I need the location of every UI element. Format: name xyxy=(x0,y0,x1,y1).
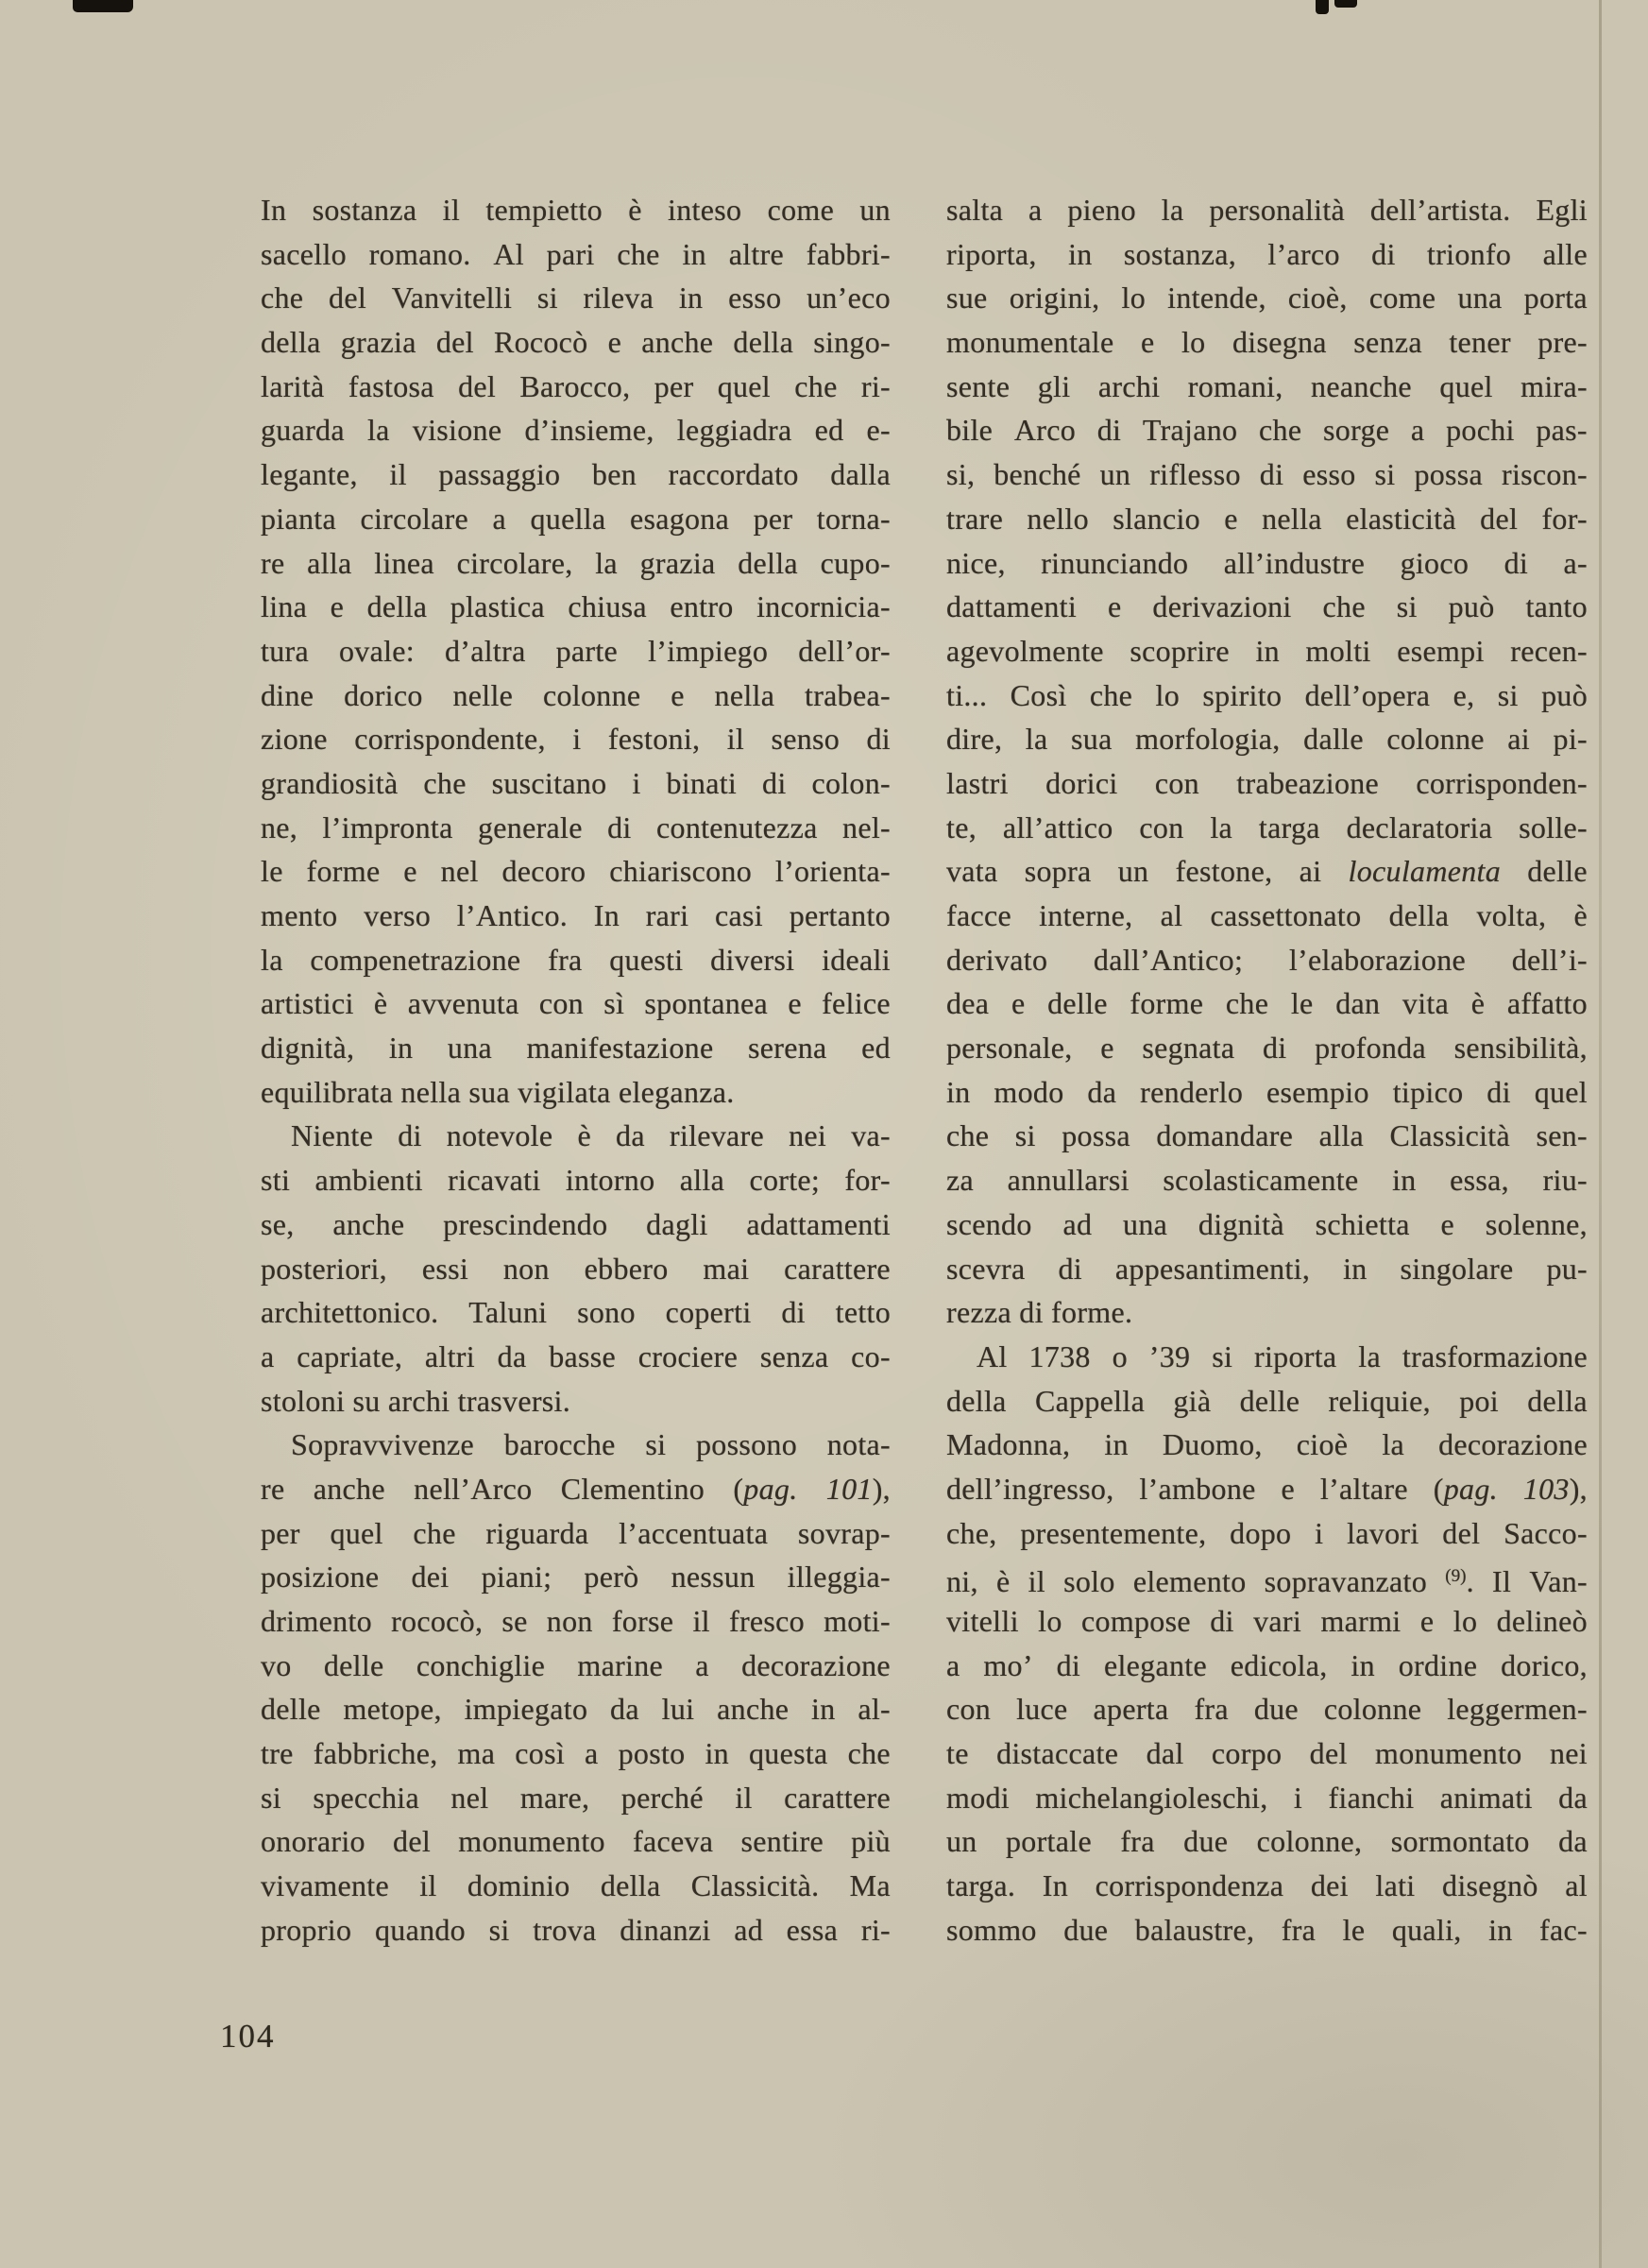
text-line: te,all’atticoconlatargadeclaratoriasolle… xyxy=(946,806,1588,850)
text-line: ne,l’improntageneraledicontenutezzanel- xyxy=(261,806,891,850)
text-line: artisticièavvenutaconsìspontaneaefelice xyxy=(261,981,891,1026)
text-line: stiambientiricavatiintornoallacorte;for- xyxy=(261,1158,891,1202)
text-line: leformeeneldecorochiarisconol’orienta- xyxy=(261,849,891,894)
text-line: equilibrata nella sua vigilata eleganza. xyxy=(261,1070,891,1115)
text-line: bileArcodiTrajanochesorgeapochipas- xyxy=(946,408,1588,452)
text-line: ti...Cosìchelospiritodell’operae,sipuò xyxy=(946,674,1588,718)
text-line: proprioquandositrovadinanziadessari- xyxy=(261,1908,891,1953)
page-number: 104 xyxy=(220,2018,276,2055)
text-line: deaedelleformecheledanvitaèaffatto xyxy=(946,981,1588,1026)
book-page: Insostanzailtempiettoèintesocomeunsacell… xyxy=(0,0,1648,2268)
text-line: turaovale:d’altrapartel’impiegodell’or- xyxy=(261,629,891,674)
text-line: trarenelloslancioenellaelasticitàdelfor- xyxy=(946,497,1588,541)
text-line: drimentorococò,senonforseilfrescomoti- xyxy=(261,1599,891,1644)
text-line: modimichelangioleschi,ifianchianimatida xyxy=(946,1776,1588,1820)
text-line: sacelloromano.Alparicheinaltrefabbri- xyxy=(261,232,891,277)
text-line: perquelcheriguardal’accentuatasovrap- xyxy=(261,1511,891,1556)
text-line: personale,esegnatadiprofondasensibilità, xyxy=(946,1026,1588,1070)
text-line: piantacircolareaquellaesagonapertorna- xyxy=(261,497,891,541)
text-line: sueorigini,lointende,cioè,comeunaporta xyxy=(946,276,1588,320)
text-line: Al1738o’39siriportalatrasformazione xyxy=(946,1335,1588,1379)
text-line: unportalefraduecolonne,sormontatoda xyxy=(946,1819,1588,1864)
text-line: si,benchéunriflessodiessosipossariscon- xyxy=(946,452,1588,497)
text-line: inmododarenderloesempiotipicodiquel xyxy=(946,1070,1588,1115)
text-line: Sopravvivenzebarocchesipossononota- xyxy=(261,1423,891,1467)
text-line: saltaapienolapersonalitàdell’artista.Egl… xyxy=(946,188,1588,232)
column-right: saltaapienolapersonalitàdell’artista.Egl… xyxy=(946,188,1588,1953)
text-line: onorariodelmonumentofacevasentirepiù xyxy=(261,1819,891,1864)
text-line: linaedellaplasticachiusaentroincornicia- xyxy=(261,585,891,629)
text-line: che,presentemente,dopoilavoridelSacco- xyxy=(946,1511,1588,1556)
text-line: amo’dieleganteedicola,inordinedorico, xyxy=(946,1644,1588,1688)
text-line: sentegliarchiromani,neanchequelmira- xyxy=(946,365,1588,409)
text-line: reanchenell’ArcoClementino(pag.101), xyxy=(261,1467,891,1511)
text-line: dinedoriconellecolonneenellatrabea- xyxy=(261,674,891,718)
column-left: Insostanzailtempiettoèintesocomeunsacell… xyxy=(261,188,891,1953)
text-line: dellagraziadelRococòeanchedellasingo- xyxy=(261,320,891,365)
text-line: lastridoricicontrabeazionecorrisponden- xyxy=(946,761,1588,806)
scan-artifact xyxy=(1316,0,1329,14)
page-edge-shadow xyxy=(1599,0,1602,2268)
text-line: sispecchianelmare,perchéilcarattere xyxy=(261,1776,891,1820)
text-line: zionecorrispondente,ifestoni,ilsensodi xyxy=(261,717,891,761)
text-line: conluceapertafraduecolonneleggermen- xyxy=(946,1687,1588,1731)
text-line: trefabbriche,macosìapostoinquestache xyxy=(261,1731,891,1776)
text-line: dell’ingresso,l’amboneel’altare(pag.103)… xyxy=(946,1467,1588,1511)
text-line: chedelVanvitellisirilevainessoun’eco xyxy=(261,276,891,320)
text-line: chesipossadomandareallaClassicitàsen- xyxy=(946,1114,1588,1158)
scan-artifact xyxy=(73,0,133,12)
text-line: vitellilocomposedivarimarmielodelineò xyxy=(946,1599,1588,1644)
text-line: dattamentiederivazionichesipuòtanto xyxy=(946,585,1588,629)
text-line: vatasopraunfestone,ailoculamentadelle xyxy=(946,849,1588,894)
text-line: dignità,inunamanifestazioneserenaed xyxy=(261,1026,891,1070)
text-line: architettonico.Talunisonocopertiditetto xyxy=(261,1290,891,1335)
text-line: dire,lasuamorfologia,dallecolonneaipi- xyxy=(946,717,1588,761)
text-line: rezza di forme. xyxy=(946,1290,1588,1335)
text-line: sommoduebalaustre,fralequali,infac- xyxy=(946,1908,1588,1953)
text-line: ni,èilsoloelementosopravanzato(9).IlVan- xyxy=(946,1555,1588,1599)
text-line: tedistaccatedalcorpodelmonumentonei xyxy=(946,1731,1588,1776)
text-line: dellemetope,impiegatodaluiancheinal- xyxy=(261,1687,891,1731)
text-line: monumentaleelodisegnasenzatenerpre- xyxy=(946,320,1588,365)
text-line: Nientedinotevoleèdarilevareneiva- xyxy=(261,1114,891,1158)
text-line: se,ancheprescindendodagliadattamenti xyxy=(261,1202,891,1247)
text-line: nice,rinunciandoall’industregiocodia- xyxy=(946,541,1588,586)
text-line: lacompenetrazionefraquestidiversiideali xyxy=(261,938,891,982)
text-line: mentoversol’Antico.Inraricasipertanto xyxy=(261,894,891,938)
text-line: derivatodall’Antico;l’elaborazionedell’i… xyxy=(946,938,1588,982)
text-line: facceinterne,alcassettonatodellavolta,è xyxy=(946,894,1588,938)
text-line: vivamenteildominiodellaClassicità.Ma xyxy=(261,1864,891,1908)
text-line: posteriori,essinonebberomaicarattere xyxy=(261,1247,891,1291)
text-line: agevolmentescoprireinmoltiesempirecen- xyxy=(946,629,1588,674)
text-line: dellaCappellagiàdellereliquie,poidella xyxy=(946,1379,1588,1424)
scan-artifact xyxy=(1334,0,1357,8)
text-line: laritàfastosadelBarocco,perquelcheri- xyxy=(261,365,891,409)
text-line: acapriate,altridabassecrocieresenzaco- xyxy=(261,1335,891,1379)
text-line: scendoadunadignitàschiettaesolenne, xyxy=(946,1202,1588,1247)
text-line: guardalavisioned’insieme,leggiadraede- xyxy=(261,408,891,452)
text-line: targa.Incorrispondenzadeilatidisegnòal xyxy=(946,1864,1588,1908)
text-line: reallalineacircolare,lagraziadellacupo- xyxy=(261,541,891,586)
text-line: Madonna,inDuomo,cioèladecorazione xyxy=(946,1423,1588,1467)
text-line: zaannullarsiscolasticamenteinessa,riu- xyxy=(946,1158,1588,1202)
text-line: grandiositàchesuscitanoibinatidicolon- xyxy=(261,761,891,806)
text-line: posizionedeipiani;perònessunilleggia- xyxy=(261,1555,891,1599)
text-line: stoloni su archi trasversi. xyxy=(261,1379,891,1424)
text-line: legante,ilpassaggiobenraccordatodalla xyxy=(261,452,891,497)
text-line: Insostanzailtempiettoèintesocomeun xyxy=(261,188,891,232)
text-line: riporta,insostanza,l’arcoditrionfoalle xyxy=(946,232,1588,277)
text-line: vodelleconchigliemarineadecorazione xyxy=(261,1644,891,1688)
text-line: scevradiappesantimenti,insingolarepu- xyxy=(946,1247,1588,1291)
